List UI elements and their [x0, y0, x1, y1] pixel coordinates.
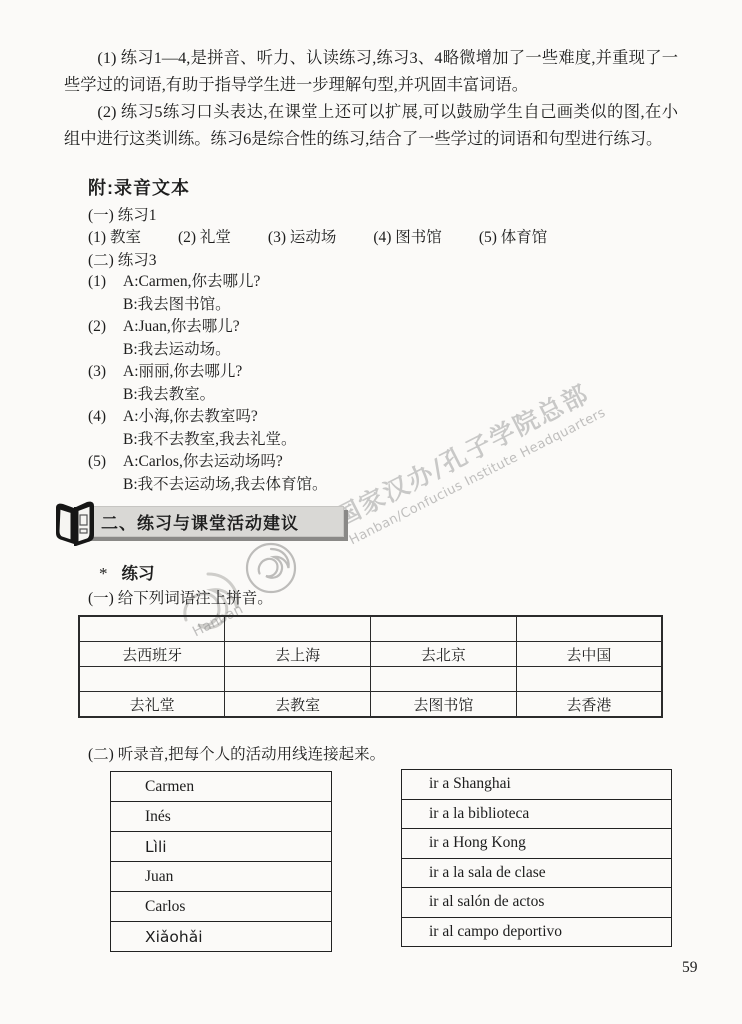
subtask2-label: (二) 听录音,把每个人的活动用线连接起来。: [88, 742, 385, 764]
table-row: 去西班牙 去上海 去北京 去中国: [79, 642, 662, 667]
table-row: Lìli: [111, 832, 332, 862]
exercise1-item: (2) 礼堂: [178, 227, 231, 250]
table-cell: [225, 667, 371, 692]
table-cell: [79, 667, 225, 692]
dialogue-number: (2): [88, 316, 123, 339]
table-row: ir al campo deportivo: [402, 917, 672, 947]
table-row: ir a la sala de clase: [402, 858, 672, 888]
dialogue-item: (4) A:小海,你去教室吗? B:我不去教室,我去礼堂。: [88, 406, 328, 451]
table-row: Inés: [111, 802, 332, 832]
name-cell: Lìli: [111, 832, 332, 862]
watermark-chinese-text: 国家汉办/孔子学院总部: [328, 371, 601, 534]
table-cell: [371, 616, 517, 642]
dialogue-item: (3) A:丽丽,你去哪儿? B:我去教室。: [88, 361, 328, 406]
dialogue-item: (2) A:Juan,你去哪儿? B:我去运动场。: [88, 316, 328, 361]
table-cell: [371, 667, 517, 692]
watermark: 国家汉办/孔子学院总部 Hanban/Confucius Institute H…: [328, 371, 608, 549]
speaker-a-line: A:Carmen,你去哪儿?: [123, 271, 328, 294]
scanned-textbook-page: 国家汉办/孔子学院总部 Hanban/Confucius Institute H…: [0, 0, 742, 1024]
dialogue-number: (3): [88, 361, 123, 384]
table-row: ir al salón de actos: [402, 888, 672, 918]
speaker-b-line: B:我去运动场。: [123, 339, 328, 362]
exercise3-label: (二) 练习3: [88, 250, 156, 273]
table-row: Carmen: [111, 772, 332, 802]
exercise1-item: (3) 运动场: [268, 227, 336, 250]
table-cell: [516, 616, 662, 642]
speaker-b-line: B:我去图书馆。: [123, 294, 328, 317]
table-cell: 去北京: [371, 642, 517, 667]
name-cell: Juan: [111, 862, 332, 892]
section2-banner: 二、练习与课堂活动建议: [82, 506, 344, 537]
table-row: [79, 616, 662, 642]
table-row: Juan: [111, 862, 332, 892]
exercise1-items: (1) 教室 (2) 礼堂 (3) 运动场 (4) 图书馆 (5) 体育馆: [88, 227, 547, 250]
table-cell: 去西班牙: [79, 642, 225, 667]
exercise1-item: (5) 体育馆: [479, 227, 547, 250]
speaker-a-line: A:丽丽,你去哪儿?: [123, 361, 328, 384]
activity-cell: ir a la sala de clase: [402, 858, 672, 888]
table-cell: 去中国: [516, 642, 662, 667]
speaker-a-line: A:Juan,你去哪儿?: [123, 316, 328, 339]
table-cell: [79, 616, 225, 642]
table-row: Carlos: [111, 892, 332, 922]
speaker-a-line: A:小海,你去教室吗?: [123, 406, 328, 429]
appendix-title: 附:录音文本: [88, 174, 190, 200]
book-icon: [52, 498, 98, 548]
table-row: [79, 667, 662, 692]
practice-title: 练习: [122, 560, 155, 584]
speaker-b-line: B:我不去教室,我去礼堂。: [123, 429, 328, 452]
intro-paragraphs: (1) 练习1—4,是拼音、听力、认读练习,练习3、4略微增加了一些难度,并重现…: [64, 44, 678, 152]
table-cell: 去香港: [516, 692, 662, 718]
table-cell: [225, 616, 371, 642]
exercise1-item: (1) 教室: [88, 227, 141, 250]
dialogue-number: (1): [88, 271, 123, 294]
table-row: ir a la biblioteca: [402, 799, 672, 829]
intro-paragraph-2: (2) 练习5练习口头表达,在课堂上还可以扩展,可以鼓励学生自己画类似的图,在小…: [64, 98, 678, 152]
name-cell: Inés: [111, 802, 332, 832]
speaker-b-line: B:我不去运动场,我去体育馆。: [123, 474, 328, 497]
table-cell: 去图书馆: [371, 692, 517, 718]
activity-cell: ir al salón de actos: [402, 888, 672, 918]
section2-title: 二、练习与课堂活动建议: [101, 509, 299, 534]
dialogue-item: (5) A:Carlos,你去运动场吗? B:我不去运动场,我去体育馆。: [88, 451, 328, 496]
intro-paragraph-1: (1) 练习1—4,是拼音、听力、认读练习,练习3、4略微增加了一些难度,并重现…: [64, 44, 678, 98]
activity-cell: ir a Hong Kong: [402, 829, 672, 859]
dialogue-item: (1) A:Carmen,你去哪儿? B:我去图书馆。: [88, 271, 328, 316]
table-row: ir a Hong Kong: [402, 829, 672, 859]
table-row: ir a Shanghai: [402, 770, 672, 800]
watermark-english-text: Hanban/Confucius Institute Headquarters: [347, 405, 608, 548]
name-cell: Carmen: [111, 772, 332, 802]
pinyin-table: 去西班牙 去上海 去北京 去中国 去礼堂 去教室 去图书馆 去香港: [78, 615, 663, 718]
table-cell: 去礼堂: [79, 692, 225, 718]
table-cell: [516, 667, 662, 692]
exercise1-label: (一) 练习1: [88, 205, 156, 228]
dialogue-transcript: (1) A:Carmen,你去哪儿? B:我去图书馆。 (2) A:Juan,你…: [88, 271, 328, 496]
name-cell: Xiǎohǎi: [111, 922, 332, 952]
exercise1-item: (4) 图书馆: [373, 227, 441, 250]
dialogue-number: (4): [88, 406, 123, 429]
subtask1-label: (一) 给下列词语注上拼音。: [88, 586, 273, 608]
page-number: 59: [682, 959, 698, 977]
name-cell: Carlos: [111, 892, 332, 922]
activity-cell: ir a la biblioteca: [402, 799, 672, 829]
activities-table: ir a Shanghai ir a la biblioteca ir a Ho…: [401, 769, 672, 947]
table-cell: 去教室: [225, 692, 371, 718]
practice-heading: * 练习: [99, 560, 155, 584]
names-table: Carmen Inés Lìli Juan Carlos Xiǎohǎi: [110, 771, 332, 952]
speaker-a-line: A:Carlos,你去运动场吗?: [123, 451, 328, 474]
table-row: 去礼堂 去教室 去图书馆 去香港: [79, 692, 662, 718]
dialogue-number: (5): [88, 451, 123, 474]
table-row: Xiǎohǎi: [111, 922, 332, 952]
activity-cell: ir a Shanghai: [402, 770, 672, 800]
asterisk-marker: *: [99, 564, 108, 584]
activity-cell: ir al campo deportivo: [402, 917, 672, 947]
speaker-b-line: B:我去教室。: [123, 384, 328, 407]
table-cell: 去上海: [225, 642, 371, 667]
